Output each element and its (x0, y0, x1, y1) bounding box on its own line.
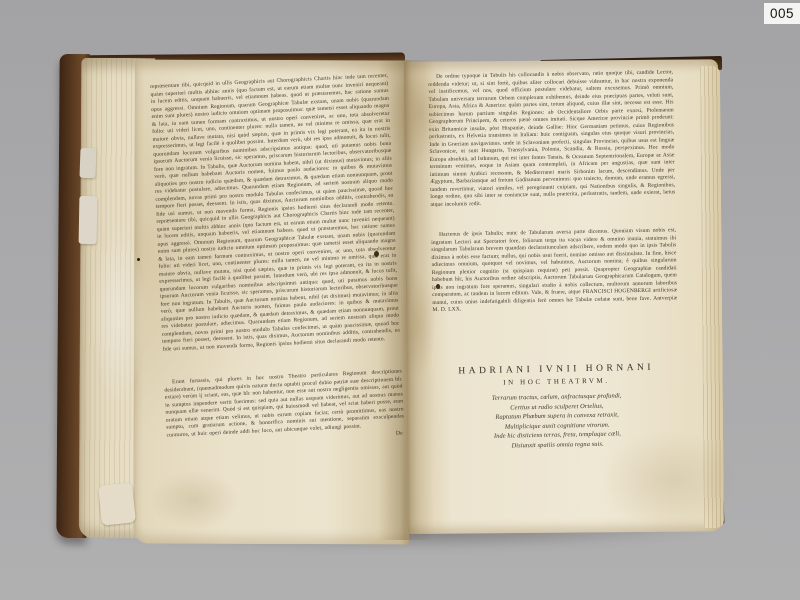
photo-of-open-book: repræsentare tibi, quicquid in ullis Geo… (0, 0, 800, 600)
left-page-paragraph: repræsentare tibi, quicquid in ullis Geo… (150, 73, 402, 380)
foxing-spot (374, 251, 379, 257)
foxing-spot (137, 258, 140, 261)
page-tab (79, 148, 96, 179)
left-page-paragraph: Erunt fortassis, qui plures in hoc nostr… (164, 368, 405, 439)
right-page-text: De ordine typoque in Tabulis his colloca… (428, 69, 680, 466)
page-corner-fold (98, 482, 136, 525)
book: repræsentare tibi, quicquid in ullis Geo… (0, 0, 800, 600)
right-page-fore-edge (700, 66, 724, 528)
latin-poem: Terrarum tractus, cælum, anfractusque pr… (434, 390, 680, 452)
right-page-paragraph: De ordine typoque in Tabulis his colloca… (428, 69, 676, 232)
right-page-paragraph: Hactenus de ipsis Tabulis; nunc de Tabul… (431, 227, 678, 354)
dedication-subheading: IN HOC THEATRVM. (434, 375, 679, 388)
left-page-text: repræsentare tibi, quicquid in ullis Geo… (150, 73, 405, 456)
photo-number-label: 005 (764, 3, 800, 24)
foxing-spot (436, 284, 440, 289)
page-tab (79, 196, 98, 244)
dedication-heading: HADRIANI IVNII HORNANI (434, 362, 679, 377)
